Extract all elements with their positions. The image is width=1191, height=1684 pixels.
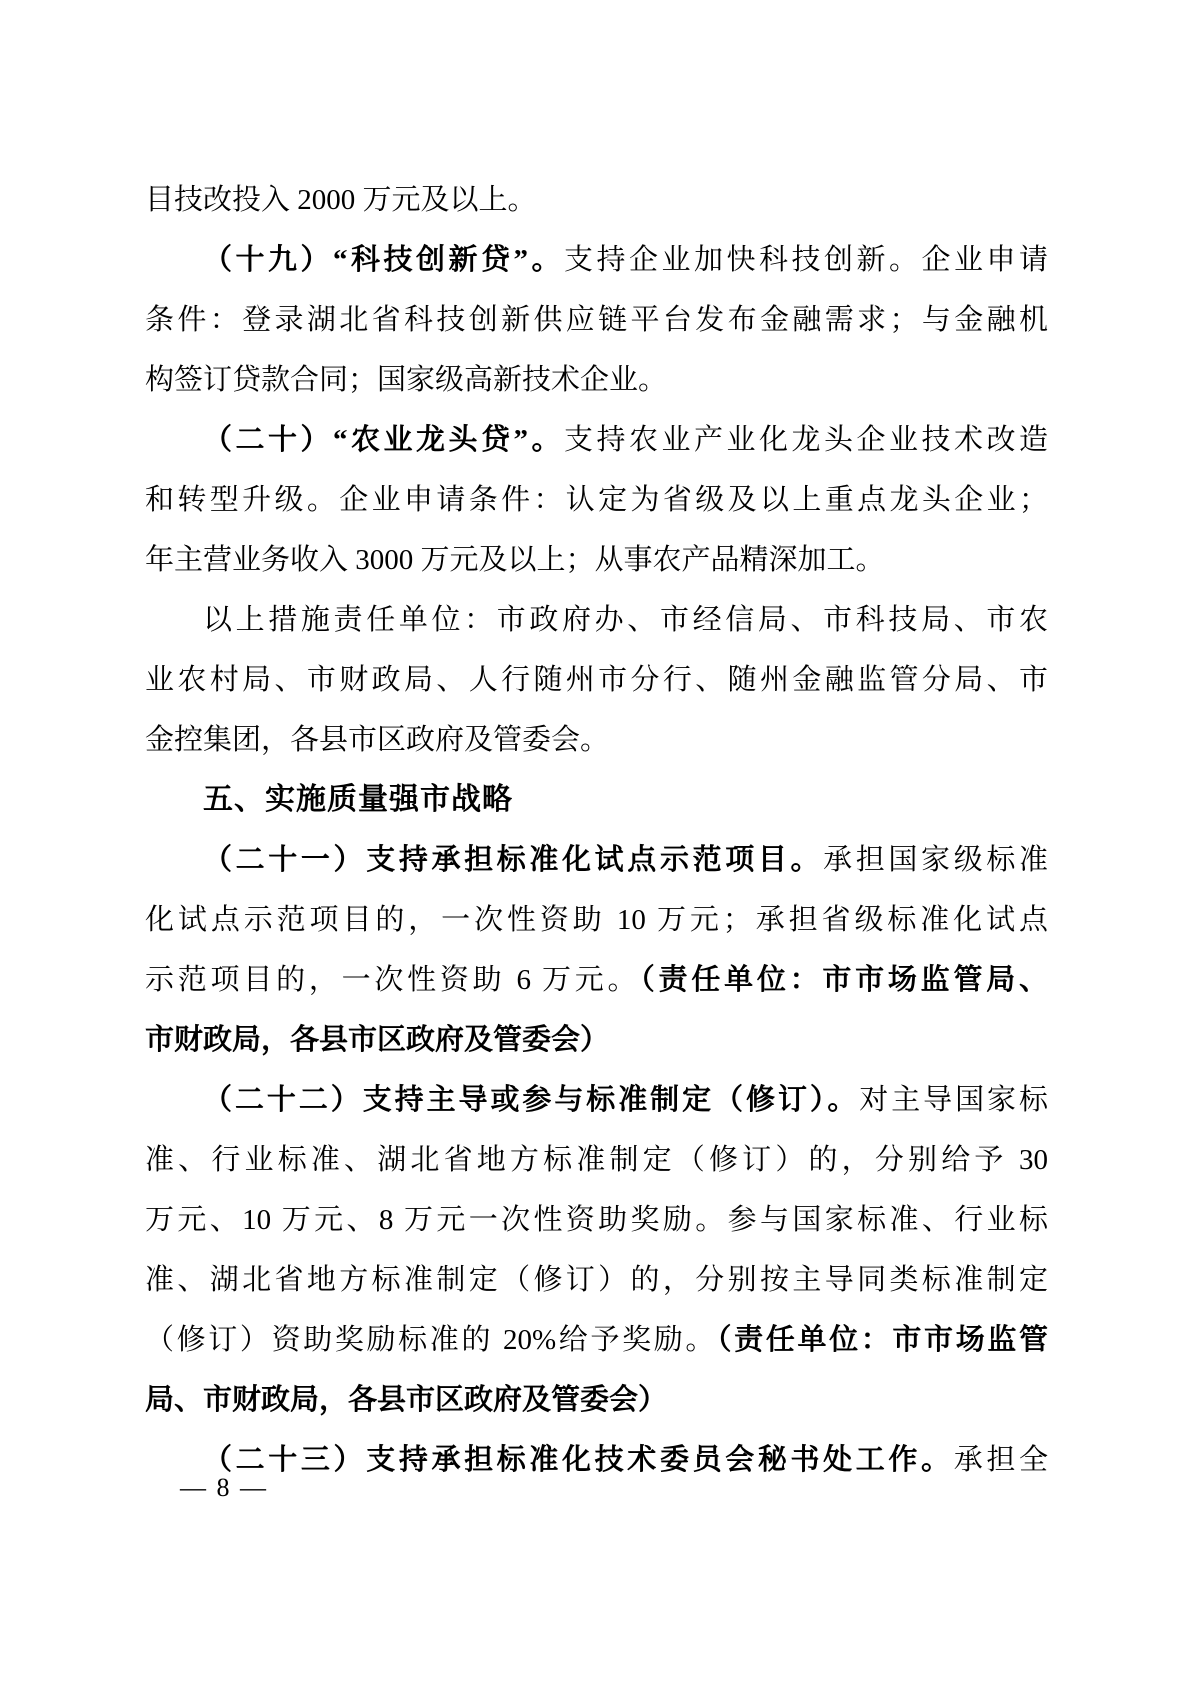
responsibility-text: 市财政局，各县市区政府及管委会） xyxy=(145,1024,609,1056)
page-number: — 8 — xyxy=(180,1472,268,1504)
text-line: 市财政局，各县市区政府及管委会） xyxy=(145,1010,1048,1070)
body-text: 化试点示范项目的，一次性资助 10 万元；承担省级标准化试点 xyxy=(145,904,1048,936)
section-heading: 五、实施质量强市战略 xyxy=(145,770,1048,830)
body-text: 年主营业务收入 3000 万元及以上；从事农产品精深加工。 xyxy=(145,544,885,576)
text-line: 示范项目的，一次性资助 6 万元。（责任单位：市市场监管局、 xyxy=(145,950,1048,1010)
body-text: 以上措施责任单位：市政府办、市经信局、市科技局、市农 xyxy=(203,604,1048,636)
item-lead-text: （二十）“农业龙头贷”。 xyxy=(203,424,564,456)
responsibility-text: （责任单位：市市场监管局、 xyxy=(640,964,1048,996)
text-line: 以上措施责任单位：市政府办、市经信局、市科技局、市农 xyxy=(145,590,1048,650)
text-block: 目技改投入 2000 万元及以上。（十九）“科技创新贷”。支持企业加快科技创新。… xyxy=(145,170,1048,1490)
text-line: （二十二）支持主导或参与标准制定（修订）。对主导国家标 xyxy=(145,1070,1048,1130)
body-text: 业农村局、市财政局、人行随州市分行、随州金融监管分局、市 xyxy=(145,664,1048,696)
text-line: 局、市财政局，各县市区政府及管委会） xyxy=(145,1370,1048,1430)
text-line: （二十）“农业龙头贷”。支持农业产业化龙头企业技术改造 xyxy=(145,410,1048,470)
responsibility-text: 局、市财政局，各县市区政府及管委会） xyxy=(145,1384,667,1416)
text-line: 万元、10 万元、8 万元一次性资助奖励。参与国家标准、行业标 xyxy=(145,1190,1048,1250)
body-text: 示范项目的，一次性资助 6 万元。 xyxy=(145,964,640,996)
text-line: 准、湖北省地方标准制定（修订）的，分别按主导同类标准制定 xyxy=(145,1250,1048,1310)
body-text: 支持企业加快科技创新。企业申请 xyxy=(564,244,1048,276)
responsibility-text: （责任单位：市市场监管 xyxy=(717,1324,1048,1356)
item-lead-text: （二十三）支持承担标准化技术委员会秘书处工作。 xyxy=(203,1444,954,1476)
text-line: （修订）资助奖励标准的 20%给予奖励。（责任单位：市市场监管 xyxy=(145,1310,1048,1370)
body-text: 准、行业标准、湖北省地方标准制定（修订）的，分别给予 30 xyxy=(145,1144,1048,1176)
text-line: 目技改投入 2000 万元及以上。 xyxy=(145,170,1048,230)
text-line: 条件：登录湖北省科技创新供应链平台发布金融需求；与金融机 xyxy=(145,290,1048,350)
section-heading-text: 五、实施质量强市战略 xyxy=(203,783,513,816)
body-text: （修订）资助奖励标准的 20%给予奖励。 xyxy=(145,1324,717,1356)
text-line: （二十三）支持承担标准化技术委员会秘书处工作。承担全 xyxy=(145,1430,1048,1490)
text-line: 和转型升级。企业申请条件：认定为省级及以上重点龙头企业； xyxy=(145,470,1048,530)
body-text: 目技改投入 2000 万元及以上。 xyxy=(145,184,537,216)
text-line: 业农村局、市财政局、人行随州市分行、随州金融监管分局、市 xyxy=(145,650,1048,710)
text-line: 构签订贷款合同；国家级高新技术企业。 xyxy=(145,350,1048,410)
body-text: 对主导国家标 xyxy=(859,1084,1048,1116)
body-text: 条件：登录湖北省科技创新供应链平台发布金融需求；与金融机 xyxy=(145,304,1048,336)
text-line: （十九）“科技创新贷”。支持企业加快科技创新。企业申请 xyxy=(145,230,1048,290)
item-lead-text: （十九）“科技创新贷”。 xyxy=(203,244,564,276)
text-line: 准、行业标准、湖北省地方标准制定（修订）的，分别给予 30 xyxy=(145,1130,1048,1190)
body-text: 金控集团，各县市区政府及管委会。 xyxy=(145,724,609,756)
body-text: 支持农业产业化龙头企业技术改造 xyxy=(564,424,1048,456)
item-lead-text: （二十一）支持承担标准化试点示范项目。 xyxy=(203,844,823,876)
body-text: 承担国家级标准 xyxy=(823,844,1048,876)
text-line: （二十一）支持承担标准化试点示范项目。承担国家级标准 xyxy=(145,830,1048,890)
item-lead-text: （二十二）支持主导或参与标准制定（修订）。 xyxy=(203,1084,859,1116)
body-text: 准、湖北省地方标准制定（修订）的，分别按主导同类标准制定 xyxy=(145,1264,1048,1296)
body-text: 承担全 xyxy=(954,1444,1048,1476)
text-line: 年主营业务收入 3000 万元及以上；从事农产品精深加工。 xyxy=(145,530,1048,590)
text-line: 金控集团，各县市区政府及管委会。 xyxy=(145,710,1048,770)
document-page: 目技改投入 2000 万元及以上。（十九）“科技创新贷”。支持企业加快科技创新。… xyxy=(0,0,1191,1684)
body-text: 构签订贷款合同；国家级高新技术企业。 xyxy=(145,364,667,396)
text-line: 化试点示范项目的，一次性资助 10 万元；承担省级标准化试点 xyxy=(145,890,1048,950)
body-text: 万元、10 万元、8 万元一次性资助奖励。参与国家标准、行业标 xyxy=(145,1204,1048,1236)
body-text: 和转型升级。企业申请条件：认定为省级及以上重点龙头企业； xyxy=(145,484,1048,516)
